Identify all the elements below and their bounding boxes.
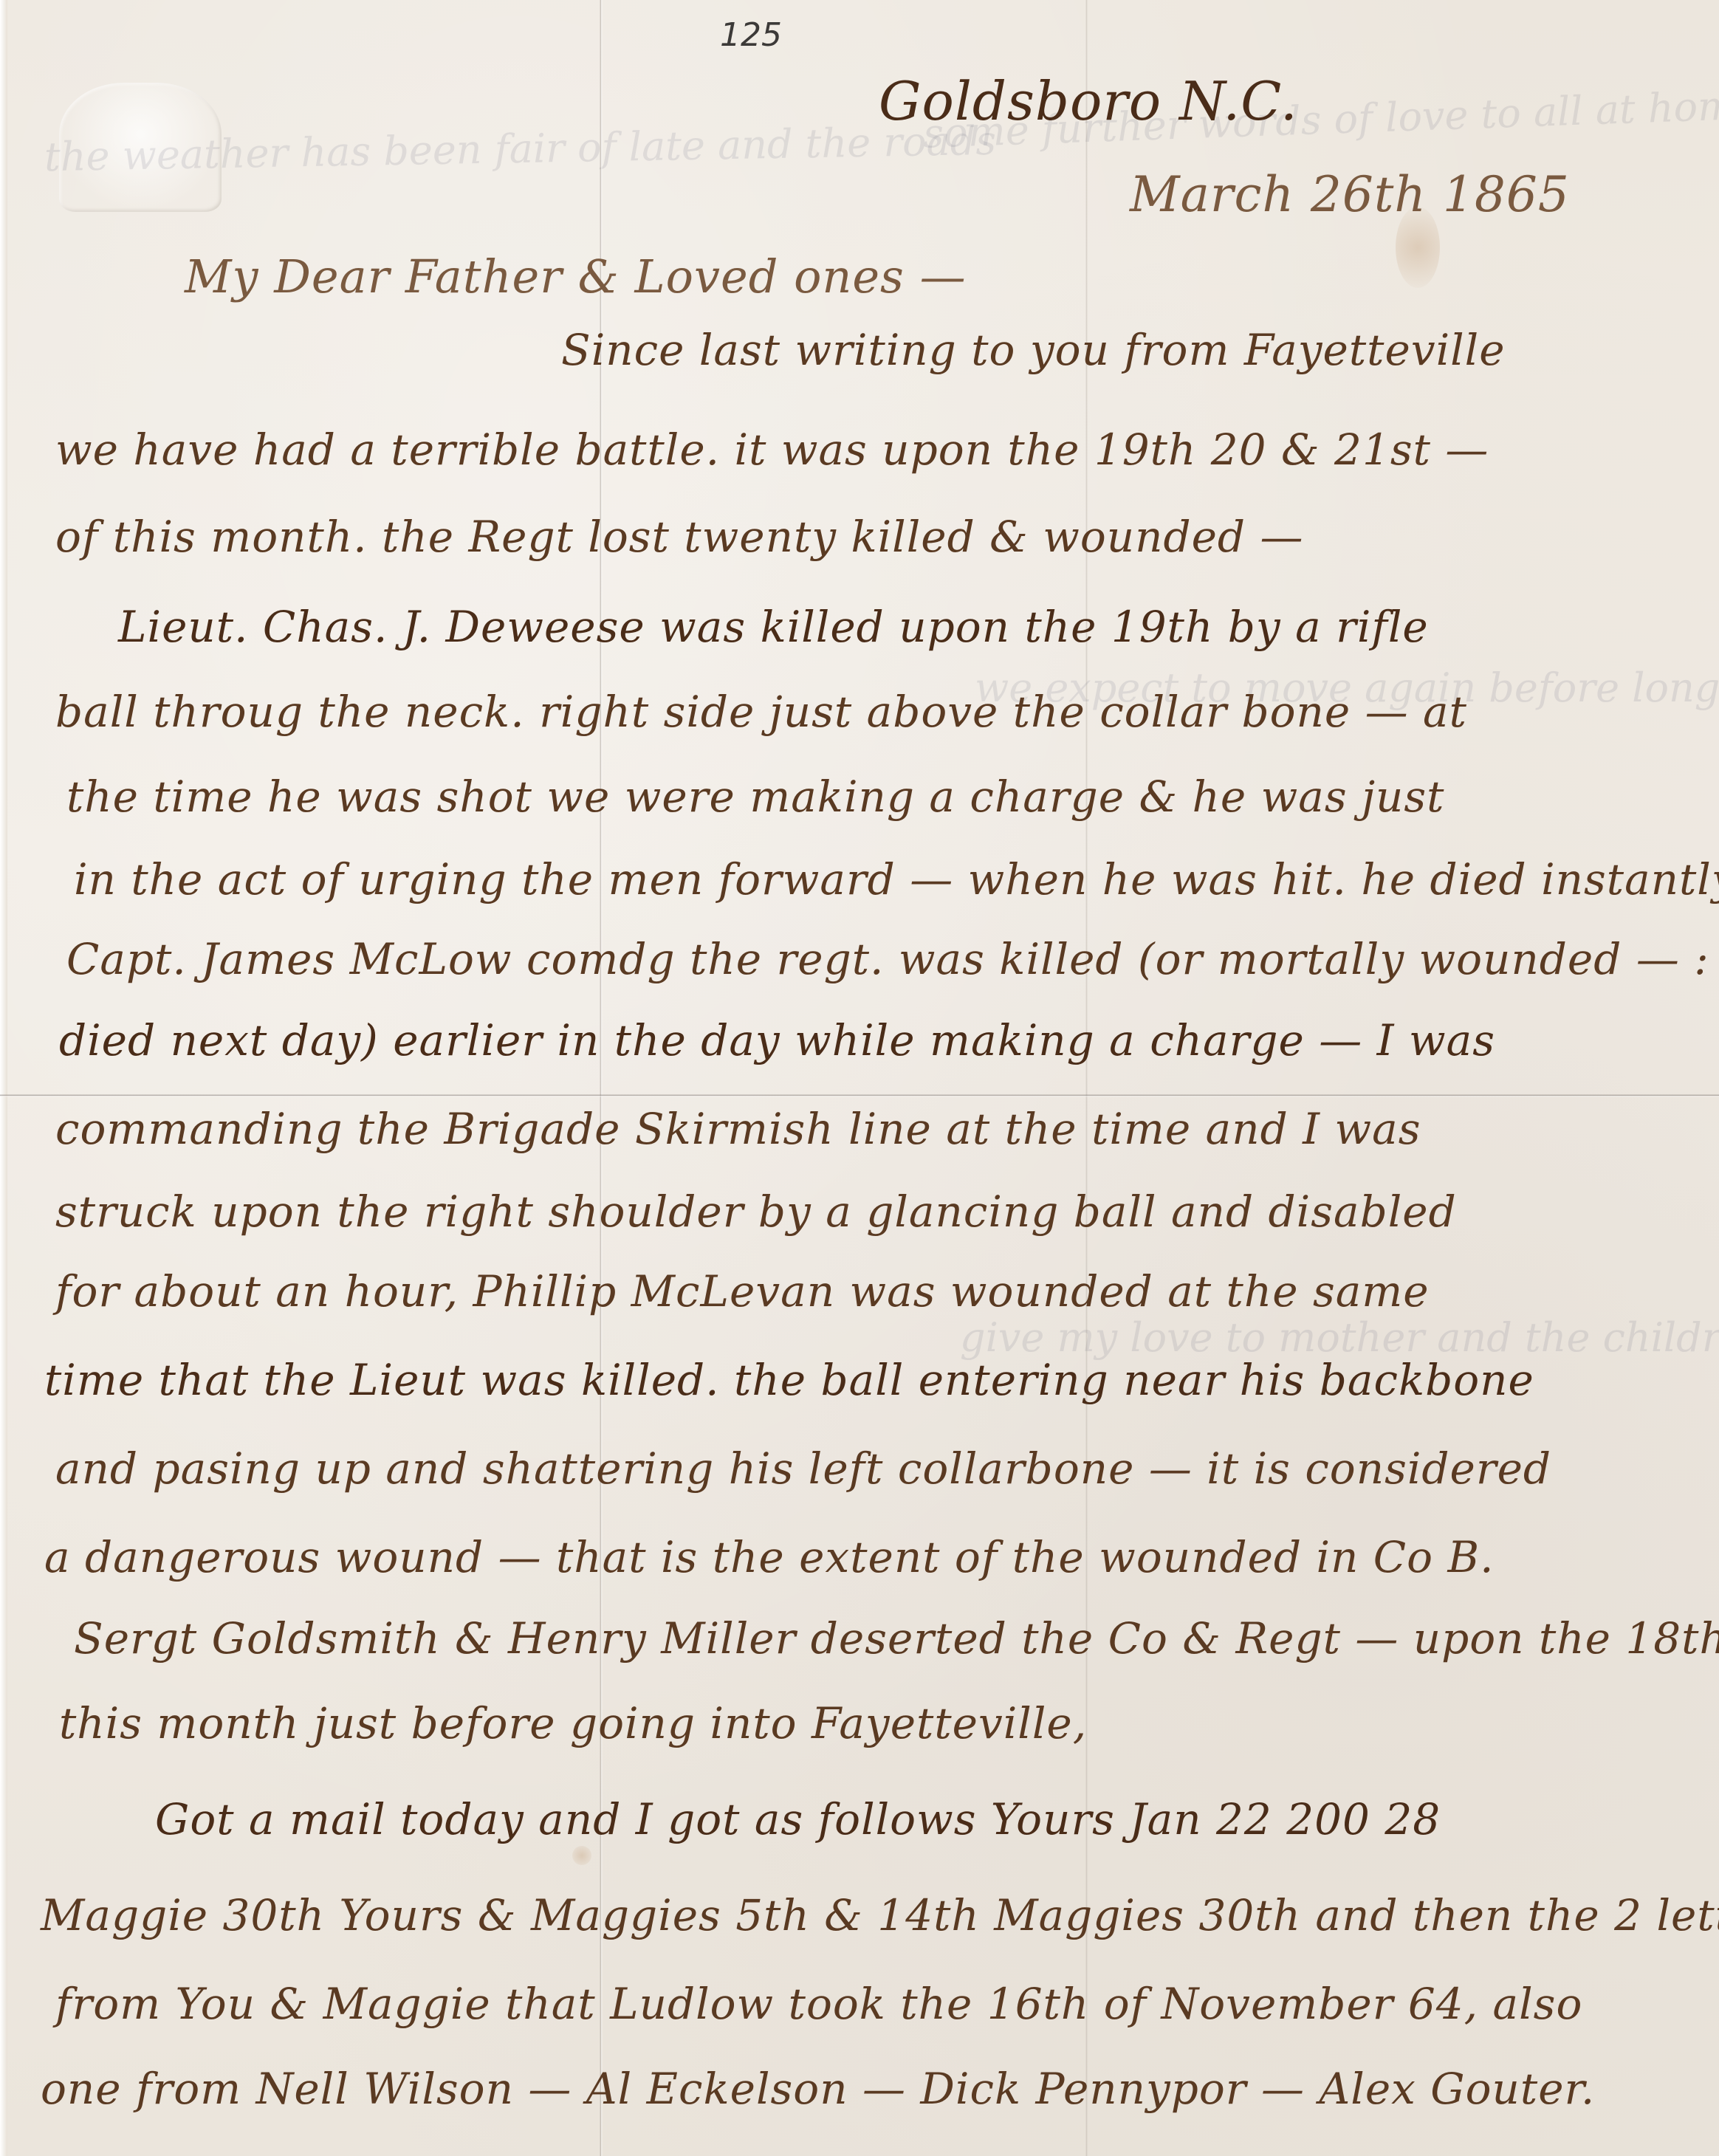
letter-line: for about an hour, Phillip McLevan was w… bbox=[55, 1266, 1430, 1316]
letter-line: one from Nell Wilson — Al Eckelson — Dic… bbox=[41, 2064, 1595, 2114]
letter-line: from You & Maggie that Ludlow took the 1… bbox=[55, 1979, 1582, 2029]
letter-line: Since last writing to you from Fayettevi… bbox=[561, 325, 1506, 375]
letter-line: and pasing up and shattering his left co… bbox=[55, 1443, 1551, 1494]
letter-line: commanding the Brigade Skirmish line at … bbox=[55, 1104, 1421, 1154]
letter-line: Got a mail today and I got as follows Yo… bbox=[155, 1794, 1441, 1844]
letter-greeting: My Dear Father & Loved ones — bbox=[185, 250, 967, 303]
letter-line: Maggie 30th Yours & Maggies 5th & 14th M… bbox=[41, 1890, 1719, 1940]
letter-date: March 26th 1865 bbox=[1130, 166, 1570, 223]
letter-line: this month just before going into Fayett… bbox=[59, 1698, 1087, 1748]
letter-line: Sergt Goldsmith & Henry Miller deserted … bbox=[74, 1613, 1719, 1664]
letter-line: ball throug the neck. right side just ab… bbox=[55, 687, 1467, 737]
letter-line: died next day) earlier in the day while … bbox=[59, 1015, 1495, 1065]
letter-line: a dangerous wound — that is the extent o… bbox=[44, 1532, 1495, 1582]
ink-stain bbox=[572, 1846, 591, 1865]
bleed-through-text: give my love to mother and the children bbox=[960, 1314, 1719, 1361]
paper-edge bbox=[0, 0, 7, 2156]
archive-number: 125 bbox=[720, 16, 782, 54]
letter-place: Goldsboro N.C. bbox=[879, 70, 1298, 132]
letter-line: time that the Lieut was killed. the ball… bbox=[44, 1355, 1534, 1405]
fold-crease-horizontal bbox=[0, 1094, 1719, 1097]
letter-line: in the act of urging the men forward — w… bbox=[74, 854, 1719, 904]
letter-line: we have had a terrible battle. it was up… bbox=[55, 425, 1489, 475]
letter-line: Capt. James McLow comdg the regt. was ki… bbox=[66, 934, 1709, 984]
letter-line: Lieut. Chas. J. Deweese was killed upon … bbox=[118, 602, 1429, 652]
letter-line: struck upon the right shoulder by a glan… bbox=[55, 1187, 1457, 1237]
letter-line: of this month. the Regt lost twenty kill… bbox=[55, 512, 1304, 562]
letter-line: the time he was shot we were making a ch… bbox=[66, 772, 1444, 822]
